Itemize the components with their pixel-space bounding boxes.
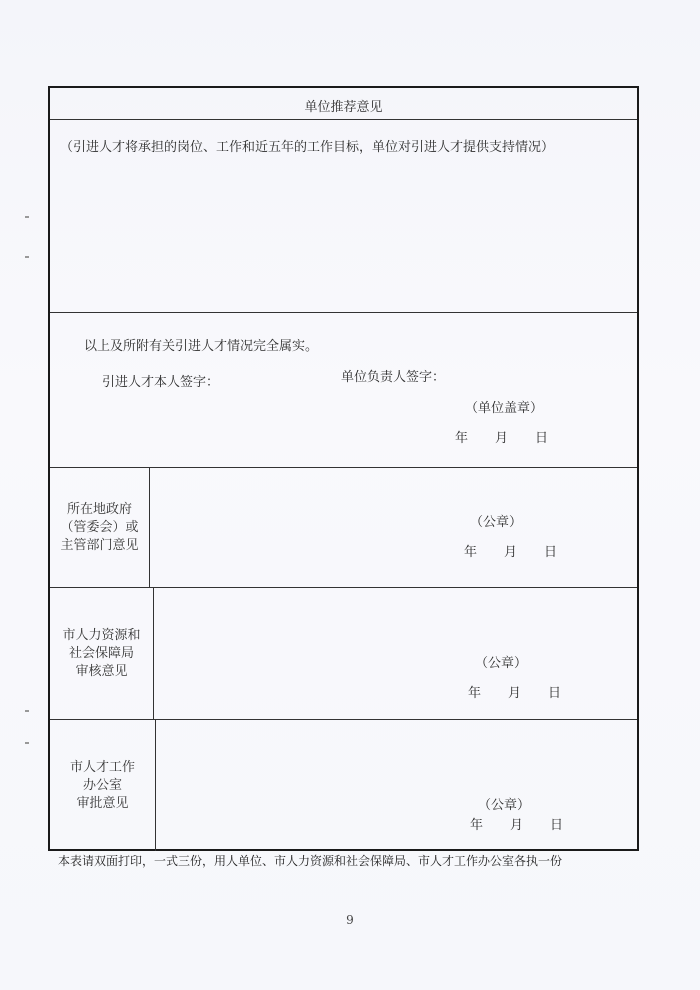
approval-date: 年月日 — [468, 682, 588, 701]
approval-date: 年月日 — [464, 541, 584, 560]
recommendation-form-table: 单位推荐意见 （引进人才将承担的岗位、工作和近五年的工作目标，单位对引进人才提供… — [48, 86, 639, 851]
signature-date: 年月日 — [455, 427, 575, 446]
footer-note: 本表请双面打印，一式三份，用人单位、市人力资源和社会保障局、市人才工作办公室各执… — [58, 852, 562, 869]
talent-signature-label: 引进人才本人签字： — [102, 371, 219, 390]
binding-mark — [25, 742, 29, 744]
date-month: 月 — [495, 427, 535, 446]
binding-mark — [25, 256, 29, 258]
document-page: 单位推荐意见 （引进人才将承担的岗位、工作和近五年的工作目标，单位对引进人才提供… — [0, 0, 700, 990]
page-number: 9 — [0, 913, 700, 927]
approval-label: 所在地政府 （管委会）或 主管部门意见 — [50, 468, 150, 587]
official-seal-label: （公章） — [470, 511, 522, 530]
form-title-row: 单位推荐意见 — [50, 88, 637, 120]
binding-mark — [25, 216, 29, 218]
unit-seal-label: （单位盖章） — [465, 397, 543, 416]
date-year: 年 — [455, 427, 495, 446]
official-seal-label: （公章） — [478, 794, 530, 813]
approval-label: 市人力资源和 社会保障局 审核意见 — [50, 588, 154, 719]
unit-head-signature-label: 单位负责人签字： — [341, 366, 445, 385]
form-title: 单位推荐意见 — [50, 96, 637, 115]
approval-date: 年月日 — [470, 814, 590, 833]
approval-section-talent-office: 市人才工作 办公室 审批意见 （公章） 年月日 — [50, 720, 637, 851]
description-prompt: （引进人才将承担的岗位、工作和近五年的工作目标，单位对引进人才提供支持情况） — [60, 136, 554, 155]
approval-section-hr-bureau: 市人力资源和 社会保障局 审核意见 （公章） 年月日 — [50, 588, 637, 720]
approval-label: 市人才工作 办公室 审批意见 — [50, 720, 156, 851]
date-day: 日 — [535, 427, 575, 446]
approval-section-government: 所在地政府 （管委会）或 主管部门意见 （公章） 年月日 — [50, 468, 637, 588]
signature-row: 以上及所附有关引进人才情况完全属实。 引进人才本人签字： 单位负责人签字： （单… — [50, 313, 637, 468]
binding-mark — [25, 710, 29, 712]
description-row[interactable]: （引进人才将承担的岗位、工作和近五年的工作目标，单位对引进人才提供支持情况） — [50, 120, 637, 313]
official-seal-label: （公章） — [475, 652, 527, 671]
declaration-text: 以上及所附有关引进人才情况完全属实。 — [84, 335, 318, 354]
